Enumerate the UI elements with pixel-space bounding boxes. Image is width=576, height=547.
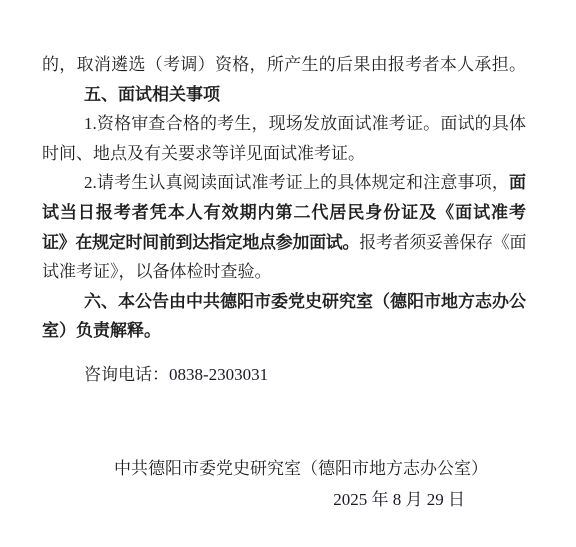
contact-phone-line: 咨询电话：0838-2303031: [42, 360, 526, 390]
issue-date: 2025 年 8 月 29 日: [42, 485, 526, 515]
paragraph-2-line-1-bold-text: 面: [509, 173, 526, 192]
section-5-paragraph-1-line-2: 时间、地点及有关要求等详见面试准考证。: [42, 139, 526, 169]
phone-label: 咨询电话：: [84, 365, 169, 384]
document-body: 的，取消遴选（考调）资格，所产生的后果由报考者本人承担。 五、面试相关事项 1.…: [0, 0, 576, 515]
section-6-line-1: 六、本公告由中共德阳市委党史研究室（德阳市地方志办公: [42, 287, 526, 317]
paragraph-2-line-1-regular-text: 2.请考生认真阅读面试准考证上的具体规定和注意事项，: [84, 173, 509, 192]
section-5-heading: 五、面试相关事项: [42, 80, 526, 110]
paragraph-2-line-3-regular-text: 报考者须妥善保存《面: [359, 233, 526, 252]
section-6-line-2: 室）负责解释。: [42, 316, 526, 346]
section-5-paragraph-2-line-2: 试当日报考者凭本人有效期内第二代居民身份证及《面试准考: [42, 198, 526, 228]
issuing-organization-signature: 中共德阳市委党史研究室（德阳市地方志办公室）: [42, 454, 526, 484]
section-5-paragraph-1-line-1: 1.资格审查合格的考生，现场发放面试准考证。面试的具体: [42, 109, 526, 139]
paragraph-continuation-line: 的，取消遴选（考调）资格，所产生的后果由报考者本人承担。: [42, 50, 526, 80]
section-5-paragraph-2-line-3: 证》在规定时间前到达指定地点参加面试。报考者须妥善保存《面: [42, 228, 526, 258]
section-5-paragraph-2-line-1: 2.请考生认真阅读面试准考证上的具体规定和注意事项，面: [42, 168, 526, 198]
section-5-paragraph-2-line-4: 试准考证》，以备体检时查验。: [42, 257, 526, 287]
issue-date-text: 2025 年 8 月 29 日: [333, 490, 465, 509]
paragraph-2-line-3-bold-text: 证》在规定时间前到达指定地点参加面试。: [42, 233, 359, 252]
document-page: 的，取消遴选（考调）资格，所产生的后果由报考者本人承担。 五、面试相关事项 1.…: [0, 0, 576, 547]
phone-number: 0838-2303031: [169, 365, 268, 384]
